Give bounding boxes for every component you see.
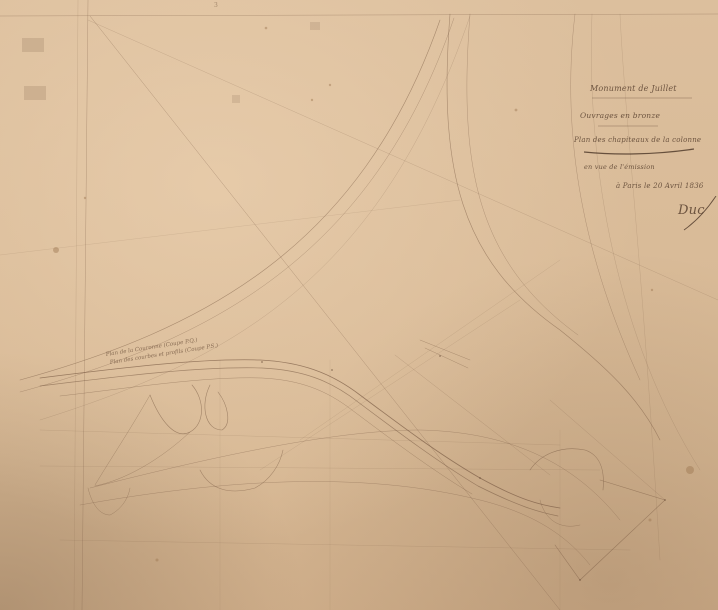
title-purpose: en vue de l'émission	[584, 163, 655, 171]
top-mark: 3	[214, 2, 218, 9]
title-date: à Paris le 20 Avril 1836	[616, 182, 704, 190]
underline-divider	[592, 96, 692, 100]
title-capitals-plan: Plan des chapiteaux de la colonne	[574, 136, 701, 144]
title-monument: Monument de Juillet	[590, 84, 677, 93]
underline-divider	[598, 124, 658, 128]
drawing-sheet: 3 Plan de la Couronne (Coupe P.Q.) Plan …	[0, 0, 718, 610]
signature-stroke	[678, 196, 718, 232]
flourish-divider	[584, 148, 694, 156]
title-bronze-works: Ouvrages en bronze	[580, 111, 660, 120]
